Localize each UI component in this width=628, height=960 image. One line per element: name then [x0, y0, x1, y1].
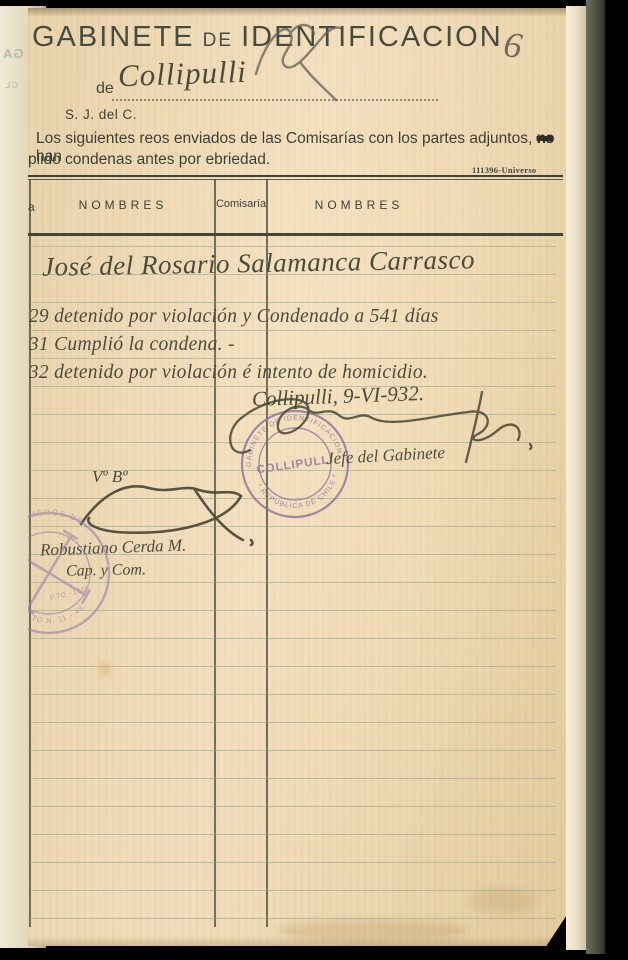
- table-top-rule-thin: [28, 179, 563, 180]
- page-bottom-shadow: [28, 936, 568, 946]
- handwritten-record: -929 detenido por violación y Condenado …: [28, 306, 439, 328]
- struck-word: no: [537, 130, 554, 147]
- column-header-nombres: NOMBRES: [268, 198, 450, 212]
- handwritten-record: -932 detenido por violación é intento de…: [28, 362, 428, 384]
- handwritten-record: -931 Cumplió la condena. -: [28, 334, 235, 356]
- signature-jefe: [220, 386, 545, 486]
- stamp-ring-text: TO N. 11 - 4a.: [29, 600, 91, 631]
- handwritten-location: Collipulli: [117, 54, 247, 94]
- svg-text:TO N. 11 - 4a.: TO N. 11 - 4a.: [29, 600, 91, 631]
- scanned-document-photo: GA CL GABINETEDEIDENTIFICACION 6 de Coll…: [0, 0, 628, 960]
- intro-text: Los siguientes reos enviados de las Comi…: [36, 130, 537, 147]
- intro-line-2: plido condenas antes por ebriedad.: [28, 151, 270, 169]
- paper-stain: [100, 664, 109, 673]
- office-line: S. J. del C.: [65, 107, 137, 122]
- ghost-print-fragment: GA: [2, 46, 24, 61]
- table-top-rule-thick: [28, 175, 563, 177]
- column-header-partial: a: [28, 200, 35, 214]
- paper-stain: [468, 888, 538, 914]
- title-word: DE: [203, 30, 233, 51]
- book-cover-edge: [586, 0, 605, 954]
- column-header-nombres: NOMBRES: [38, 198, 208, 212]
- printer-reference: 111396-Universo: [472, 165, 536, 175]
- ghost-print-fragment: CL: [4, 80, 18, 90]
- ledger-page: GABINETEDEIDENTIFICACION 6 de Collipulli…: [28, 8, 568, 946]
- column-header-comisaria: Comisaría: [214, 198, 268, 210]
- page-number-annotation: 6: [501, 23, 525, 67]
- page-stack-edge: [566, 6, 586, 950]
- title-word: GABINETE: [32, 21, 195, 53]
